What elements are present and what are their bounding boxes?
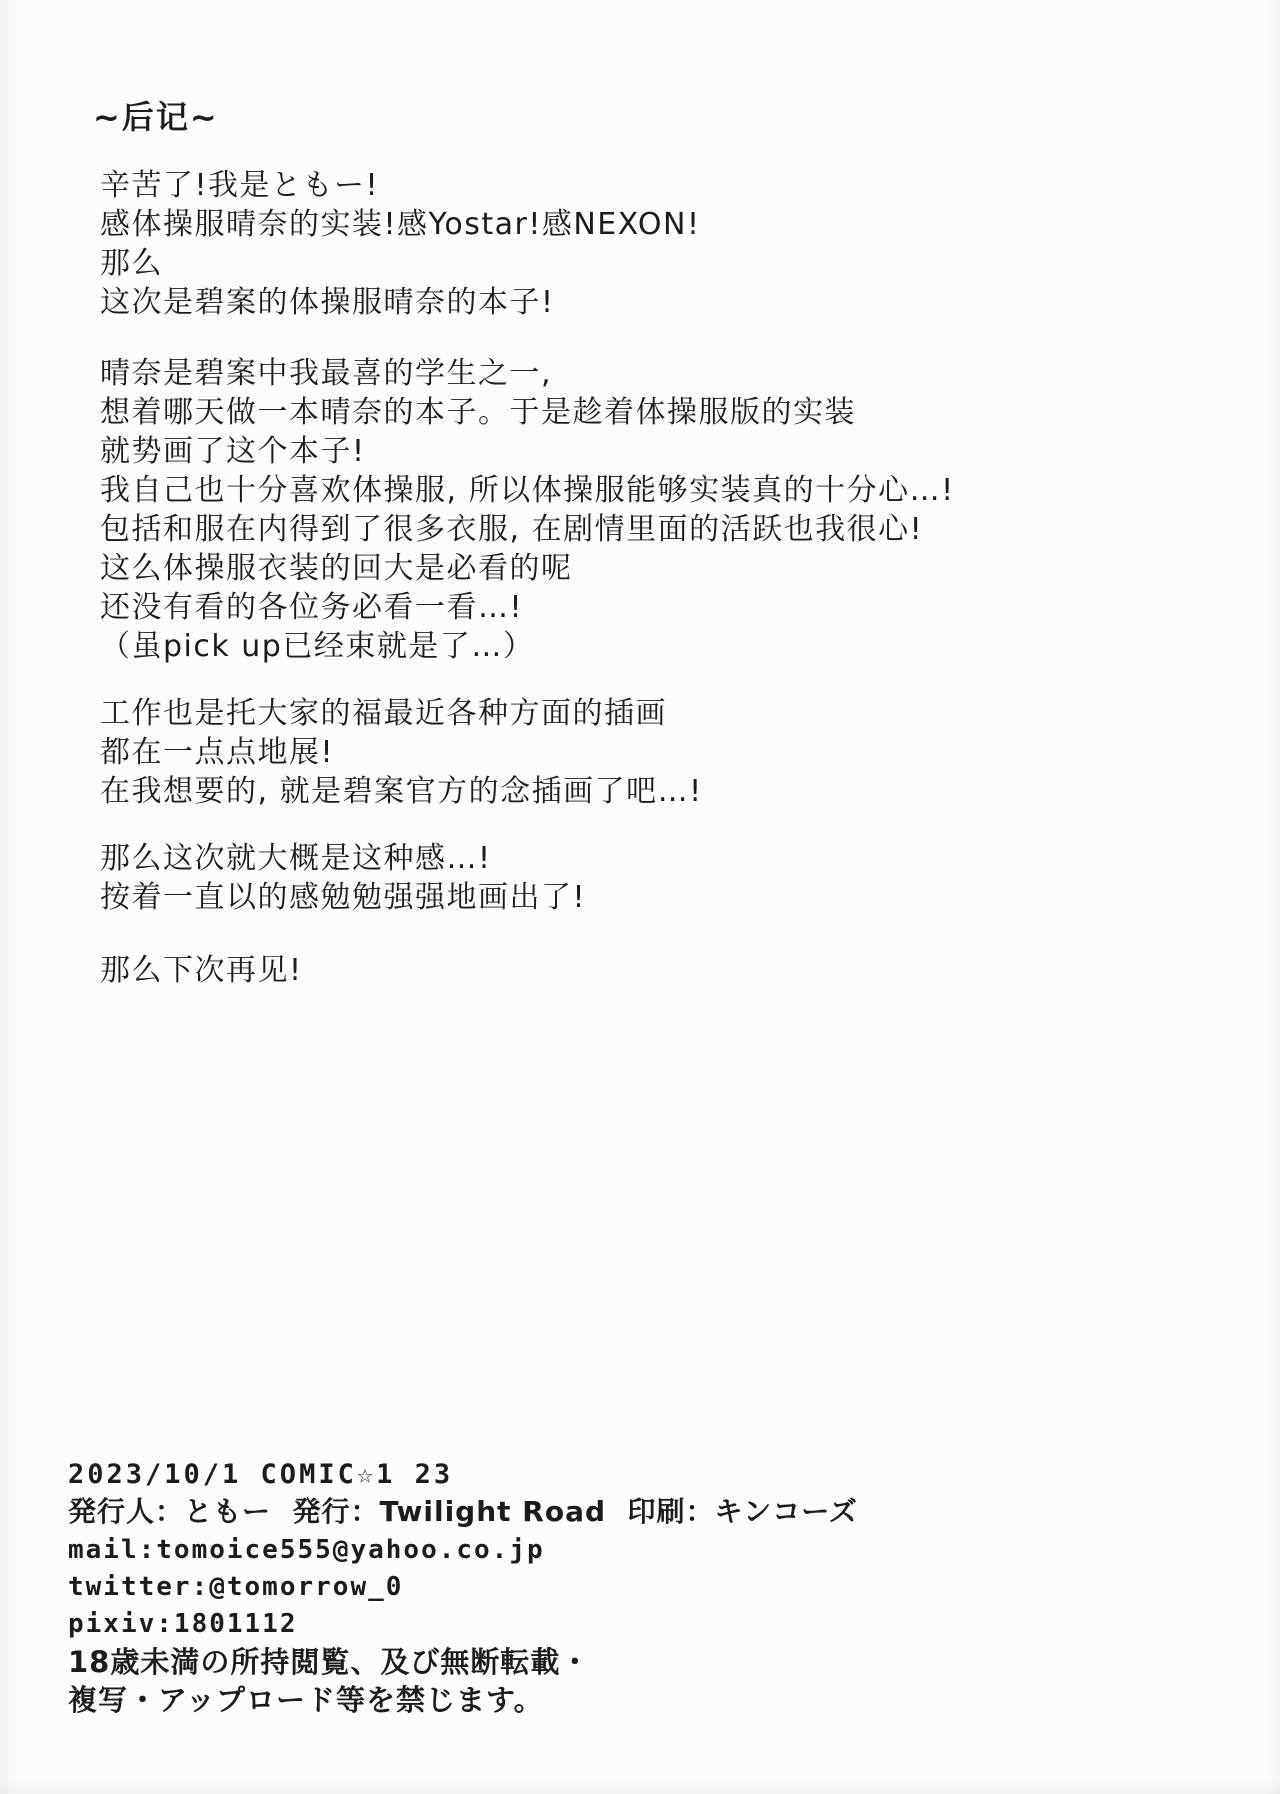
afterword-line: 辛苦了!我是ともー! [100,166,1220,205]
pixiv-line: pixiv:1801112 [68,1606,1220,1643]
mail-line: mail:tomoice555@yahoo.co.jp [68,1532,1220,1569]
work-paragraph: 工作也是托大家的福最近各种方面的插画 都在一点点地展! 在我想要的, 就是碧案官… [100,694,1220,811]
event-date-line: 2023/10/1 COMIC☆1 23 [68,1458,1220,1492]
afterword-line: 我自己也十分喜欢体操服, 所以体操服能够实装真的十分心…! [100,471,1220,510]
afterword-line: 那么下次再见! [100,951,1220,990]
afterword-line: 包括和服在内得到了很多衣服, 在剧情里面的活跃也我很心! [100,510,1220,549]
afterword-line: 这么体操服衣装的回大是必看的呢 [100,549,1220,588]
publisher-line: 発行人：ともー 発行：Twilight Road 印刷：キンコーズ [68,1492,1220,1532]
age-notice-line-2: 複写・アップロード等を禁じます。 [68,1681,1220,1719]
greeting-paragraph: 辛苦了!我是ともー! 感体操服晴奈的实装!感Yostar!感NEXON! 那么 … [100,166,1220,322]
afterword-line: 按着一直以的感勉勉强强地画出了! [100,878,1220,917]
afterword-line: 在我想要的, 就是碧案官方的念插画了吧…! [100,772,1220,811]
age-notice-line-1: 18歳未満の所持閲覧、及び無断転載・ [68,1643,1220,1681]
afterword-line: 都在一点点地展! [100,733,1220,772]
afterword-line: 工作也是托大家的福最近各种方面的插画 [100,694,1220,733]
scanned-afterword-page: ~后记~ 辛苦了!我是ともー! 感体操服晴奈的实装!感Yostar!感NEXON… [0,0,1280,1794]
twitter-line: twitter:@tomorrow_0 [68,1569,1220,1606]
colophon-block: 2023/10/1 COMIC☆1 23 発行人：ともー 発行：Twilight… [68,1458,1220,1719]
afterword-line: 那么 [100,244,1220,283]
closing-paragraph: 那么这次就大概是这种感…! 按着一直以的感勉勉强强地画出了! [100,839,1220,917]
afterword-title: ~后记~ [93,96,1220,138]
afterword-line: 还没有看的各位务必看一看…! [100,588,1220,627]
afterword-line: 那么这次就大概是这种感…! [100,839,1220,878]
afterword-line: （虽pick up已经束就是了…） [100,627,1220,666]
afterword-line: 这次是碧案的体操服晴奈的本子! [100,283,1220,322]
farewell-paragraph: 那么下次再见! [100,951,1220,990]
main-paragraph: 晴奈是碧案中我最喜的学生之一, 想着哪天做一本晴奈的本子。于是趁着体操服版的实装… [100,354,1220,666]
afterword-line: 感体操服晴奈的实装!感Yostar!感NEXON! [100,205,1220,244]
afterword-line: 晴奈是碧案中我最喜的学生之一, [100,354,1220,393]
afterword-line: 想着哪天做一本晴奈的本子。于是趁着体操服版的实装 [100,393,1220,432]
afterword-line: 就势画了这个本子! [100,432,1220,471]
